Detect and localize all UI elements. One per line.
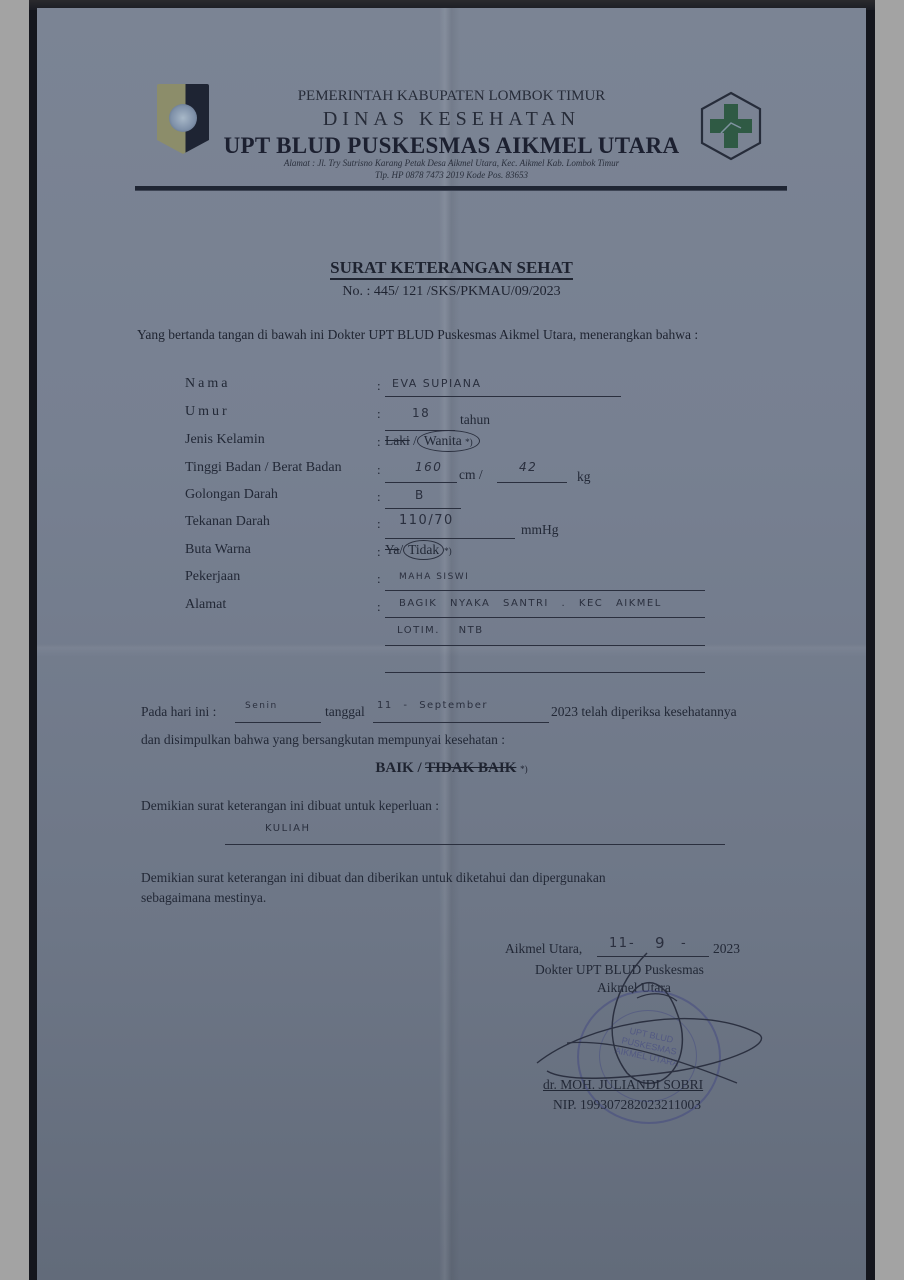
letterhead-department: DINAS KESEHATAN [37, 108, 866, 131]
label-tekanan-darah: Tekanan Darah [185, 514, 270, 530]
fill-line [373, 722, 549, 723]
colon: : [377, 406, 381, 422]
closing-line1: Demikian surat keterangan ini dibuat dan… [141, 870, 606, 886]
fill-line [385, 396, 621, 397]
value-tinggi: 160 [415, 460, 442, 474]
value-golongan-darah: B [415, 488, 425, 502]
label-nama: Nama [185, 376, 230, 392]
intro-paragraph: Yang bertanda tangan di bawah ini Dokter… [137, 328, 777, 342]
letterhead-divider [135, 186, 787, 191]
value-buta-warna: Ya/Tidak*) [385, 540, 452, 560]
fill-line [385, 645, 705, 646]
label-jenis-kelamin: Jenis Kelamin [185, 432, 265, 448]
fill-line [385, 617, 705, 618]
value-pekerjaan: MAHA SISWI [399, 572, 469, 582]
purpose-value: KULIAH [265, 823, 311, 834]
colon: : [377, 544, 381, 560]
letterhead-institution: UPT BLUD PUSKESMAS AIKMEL UTARA [37, 133, 866, 159]
colon: : [377, 434, 381, 450]
unit-mmhg: mmHg [521, 522, 559, 538]
label-alamat: Alamat [185, 597, 226, 613]
label-tinggi-berat: Tinggi Badan / Berat Badan [185, 460, 342, 476]
verdict-baik: BAIK [375, 760, 413, 776]
option-ya-struck: Ya [385, 542, 399, 557]
value-jenis-kelamin: Laki /Wanita *) [385, 430, 480, 452]
doctor-name: dr. MOH. JULIANDI SOBRI [543, 1077, 703, 1093]
colon: : [377, 571, 381, 587]
option-tidak-text: Tidak [408, 542, 439, 557]
option-note: *) [465, 437, 473, 447]
letterhead-government: PEMERINTAH KABUPATEN LOMBOK TIMUR [37, 88, 866, 105]
document-title: SURAT KETERANGAN SEHAT [37, 258, 866, 278]
label-buta-warna: Buta Warna [185, 542, 251, 558]
exam-suffix: 2023 telah diperiksa kesehatannya [551, 704, 737, 720]
health-verdict: BAIK / TIDAK BAIK *) [37, 760, 866, 777]
label-umur: Umur [185, 404, 230, 420]
document-number: No. : 445/ 121 /SKS/PKMAU/09/2023 [37, 284, 866, 300]
fill-line [497, 482, 567, 483]
purpose-label: Demikian surat keterangan ini dibuat unt… [141, 798, 439, 814]
exam-date: 11 - September [377, 700, 488, 711]
fill-line [225, 844, 725, 845]
exam-prefix: Pada hari ini : [141, 704, 216, 720]
unit-cm: cm / [459, 467, 483, 483]
fill-line [385, 672, 705, 673]
colon: : [377, 489, 381, 505]
fill-line [385, 590, 705, 591]
letterhead-phone: Tlp. HP 0878 7473 2019 Kode Pos. 83653 [37, 170, 866, 180]
label-pekerjaan: Pekerjaan [185, 569, 240, 585]
colon: : [377, 378, 381, 394]
option-wanita-circled: Wanita *) [417, 430, 480, 452]
value-tekanan-darah: 110/70 [399, 513, 454, 528]
value-berat: 42 [519, 460, 537, 474]
option-wanita-text: Wanita [424, 433, 462, 448]
fill-line [385, 538, 515, 539]
closing-line2: sebagaimana mestinya. [141, 890, 266, 906]
value-nama: EVA SUPIANA [392, 377, 481, 390]
value-alamat-line2: LOTIM. NTB [397, 625, 484, 636]
colon: : [377, 462, 381, 478]
verdict-note: *) [520, 764, 528, 774]
verdict-tidak-baik-struck: TIDAK BAIK [425, 760, 516, 776]
label-golongan-darah: Golongan Darah [185, 487, 278, 503]
unit-tahun: tahun [460, 412, 490, 428]
doctor-nip: NIP. 199307282023211003 [553, 1097, 701, 1113]
letterhead-address: Alamat : Jl. Try Sutrisno Karang Petak D… [37, 158, 866, 168]
exam-conclusion: dan disimpulkan bahwa yang bersangkutan … [141, 732, 505, 748]
unit-kg: kg [577, 469, 591, 485]
colon: : [377, 599, 381, 615]
fill-line [385, 508, 461, 509]
verdict-separator: / [417, 760, 421, 776]
exam-date-label: tanggal [325, 704, 365, 720]
exam-day: Senin [245, 701, 278, 711]
option-laki-struck: Laki [385, 433, 410, 448]
fill-line [235, 722, 321, 723]
option-tidak-circled: Tidak [403, 540, 444, 560]
fill-line [385, 482, 457, 483]
option-note: *) [444, 546, 452, 556]
value-alamat-line1: BAGIK NYAKA SANTRI . KEC AIKMEL [399, 598, 662, 609]
health-certificate-paper: PEMERINTAH KABUPATEN LOMBOK TIMUR DINAS … [37, 8, 866, 1280]
colon: : [377, 516, 381, 532]
document-title-text: SURAT KETERANGAN SEHAT [330, 258, 573, 280]
value-umur: 18 [412, 406, 430, 420]
